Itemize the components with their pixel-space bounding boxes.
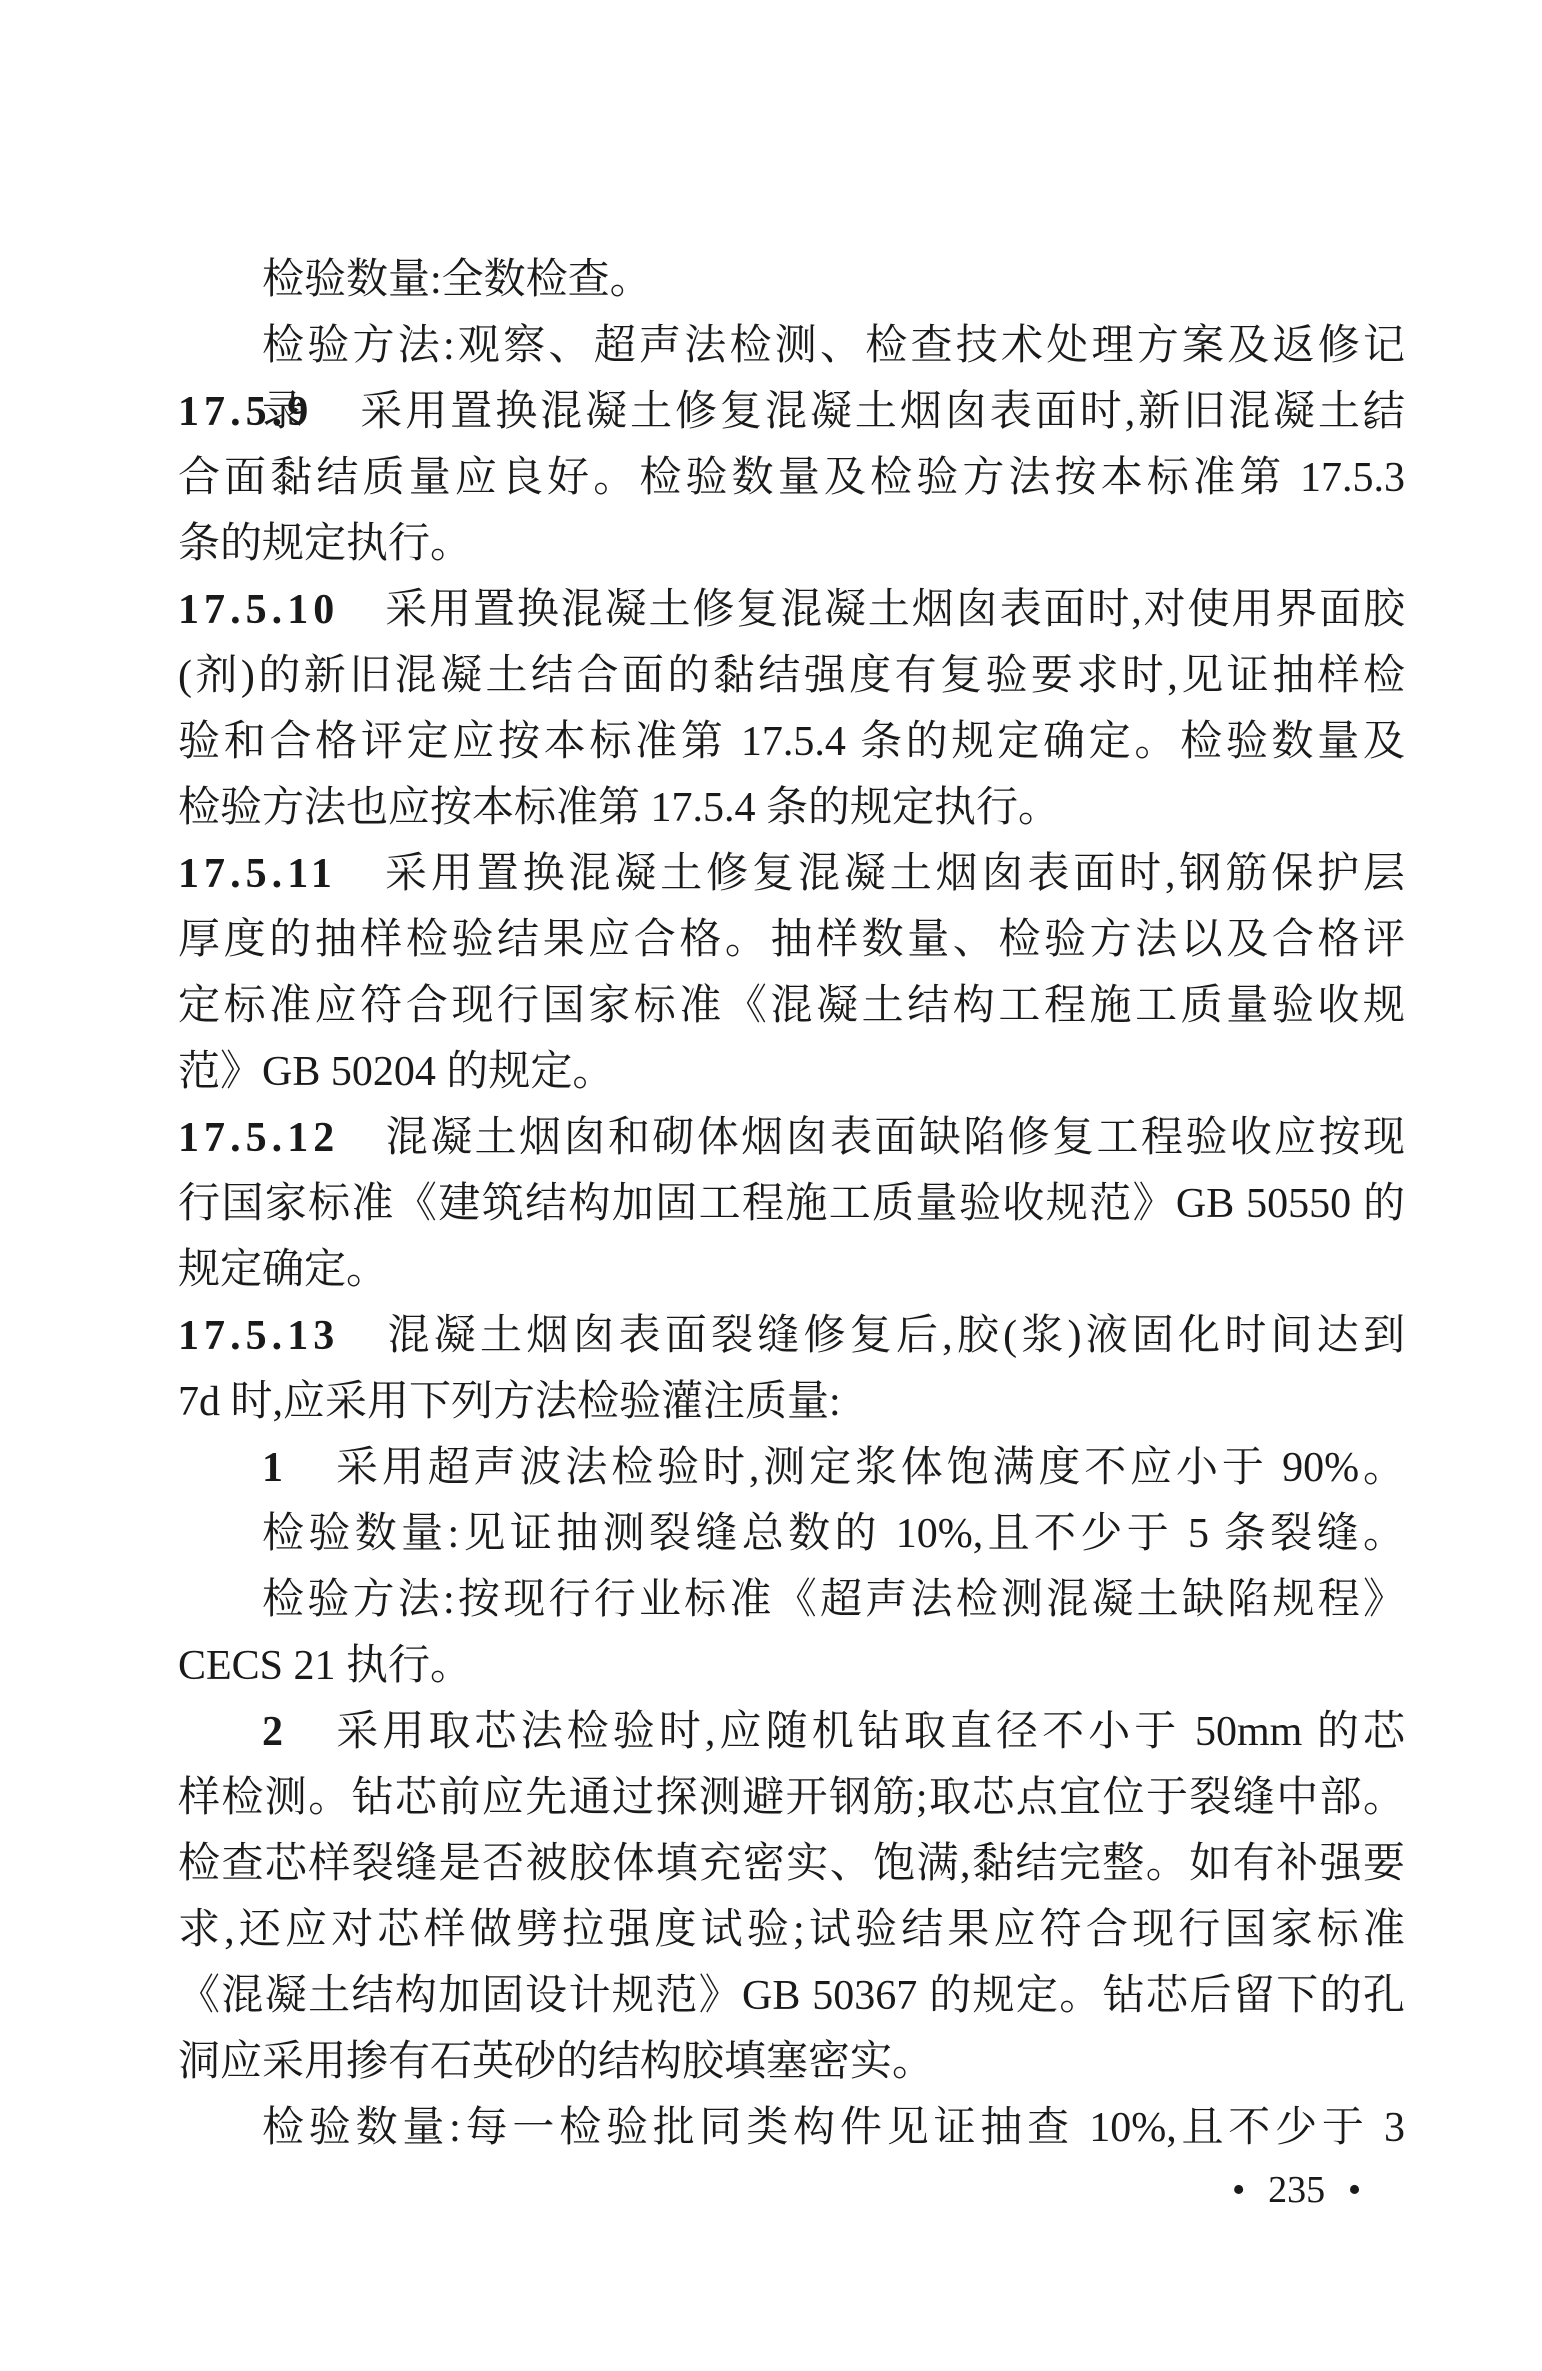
line-text: 规定确定。	[178, 1247, 388, 1293]
text-line: 规定确定。	[178, 1237, 1405, 1303]
text-line: 检验方法:观察、超声法检测、检查技术处理方案及返修记录。	[178, 313, 1405, 379]
line-text: 条的规定执行。	[178, 521, 472, 567]
text-line: 17.5.9采用置换混凝土修复混凝土烟囱表面时,新旧混凝土结	[178, 379, 1405, 445]
text-line: 17.5.10采用置换混凝土修复混凝土烟囱表面时,对使用界面胶	[178, 577, 1405, 643]
line-text: 《混凝土结构加固设计规范》GB 50367 的规定。钻芯后留下的孔	[178, 1973, 1405, 2019]
line-text: 检验数量:全数检查。	[262, 257, 652, 303]
text-line: 定标准应符合现行国家标准《混凝土结构工程施工质量验收规	[178, 973, 1405, 1039]
line-text: 范》GB 50204 的规定。	[178, 1049, 614, 1095]
clause-number: 17.5.10	[178, 587, 339, 633]
text-line: 《混凝土结构加固设计规范》GB 50367 的规定。钻芯后留下的孔	[178, 1963, 1405, 2029]
text-line: 合面黏结质量应良好。检验数量及检验方法按本标准第 17.5.3	[178, 445, 1405, 511]
line-text: 合面黏结质量应良好。检验数量及检验方法按本标准第 17.5.3	[178, 455, 1405, 501]
line-text: 检验数量:每一检验批同类构件见证抽查 10%,且不少于 3	[262, 2105, 1405, 2151]
document-page: 检验数量:全数检查。检验方法:观察、超声法检测、检查技术处理方案及返修记录。17…	[0, 0, 1542, 2371]
line-text: 采用超声波法检验时,测定浆体饱满度不应小于 90%。	[332, 1445, 1405, 1491]
text-line: 样检测。钻芯前应先通过探测避开钢筋;取芯点宜位于裂缝中部。	[178, 1765, 1405, 1831]
text-line: 条的规定执行。	[178, 511, 1405, 577]
text-line: 1采用超声波法检验时,测定浆体饱满度不应小于 90%。	[178, 1435, 1405, 1501]
line-text: 采用置换混凝土修复混凝土烟囱表面时,钢筋保护层	[381, 851, 1405, 897]
page-body: 检验数量:全数检查。检验方法:观察、超声法检测、检查技术处理方案及返修记录。17…	[178, 247, 1405, 2161]
line-text: 混凝土烟囱表面裂缝修复后,胶(浆)液固化时间达到	[383, 1313, 1405, 1359]
text-line: 检验数量:每一检验批同类构件见证抽查 10%,且不少于 3	[178, 2095, 1405, 2161]
text-line: (剂)的新旧混凝土结合面的黏结强度有复验要求时,见证抽样检	[178, 643, 1405, 709]
clause-number: 17.5.9	[178, 389, 313, 435]
line-text: 检验方法也应按本标准第 17.5.4 条的规定执行。	[178, 785, 1060, 831]
text-line: 检验数量:见证抽测裂缝总数的 10%,且不少于 5 条裂缝。	[178, 1501, 1405, 1567]
line-text: 采用取芯法检验时,应随机钻取直径不小于 50mm 的芯	[332, 1709, 1405, 1755]
text-line: 检验方法:按现行行业标准《超声法检测混凝土缺陷规程》	[178, 1567, 1405, 1633]
line-text: 定标准应符合现行国家标准《混凝土结构工程施工质量验收规	[178, 983, 1405, 1029]
line-text: CECS 21 执行。	[178, 1643, 472, 1689]
text-line: CECS 21 执行。	[178, 1633, 1405, 1699]
text-line: 17.5.11采用置换混凝土修复混凝土烟囱表面时,钢筋保护层	[178, 841, 1405, 907]
text-line: 行国家标准《建筑结构加固工程施工质量验收规范》GB 50550 的	[178, 1171, 1405, 1237]
line-text: 7d 时,应采用下列方法检验灌注质量:	[178, 1379, 841, 1425]
line-text: 求,还应对芯样做劈拉强度试验;试验结果应符合现行国家标准	[178, 1907, 1405, 1953]
text-line: 检查芯样裂缝是否被胶体填充密实、饱满,黏结完整。如有补强要	[178, 1831, 1405, 1897]
line-text: 检查芯样裂缝是否被胶体填充密实、饱满,黏结完整。如有补强要	[178, 1841, 1405, 1887]
text-line: 范》GB 50204 的规定。	[178, 1039, 1405, 1105]
text-line: 厚度的抽样检验结果应合格。抽样数量、检验方法以及合格评	[178, 907, 1405, 973]
text-line: 检验数量:全数检查。	[178, 247, 1405, 313]
line-text: (剂)的新旧混凝土结合面的黏结强度有复验要求时,见证抽样检	[178, 653, 1405, 699]
clause-number: 17.5.12	[178, 1115, 339, 1161]
text-line: 7d 时,应采用下列方法检验灌注质量:	[178, 1369, 1405, 1435]
text-line: 验和合格评定应按本标准第 17.5.4 条的规定确定。检验数量及	[178, 709, 1405, 775]
text-line: 求,还应对芯样做劈拉强度试验;试验结果应符合现行国家标准	[178, 1897, 1405, 1963]
line-text: 验和合格评定应按本标准第 17.5.4 条的规定确定。检验数量及	[178, 719, 1405, 765]
line-text: 混凝土烟囱和砌体烟囱表面缺陷修复工程验收应按现	[383, 1115, 1405, 1161]
clause-number: 2	[262, 1709, 288, 1755]
clause-number: 1	[262, 1445, 288, 1491]
line-text: 采用置换混凝土修复混凝土烟囱表面时,对使用界面胶	[383, 587, 1405, 633]
text-line: 洞应采用掺有石英砂的结构胶填塞密实。	[178, 2029, 1405, 2095]
clause-number: 17.5.13	[178, 1313, 339, 1359]
text-line: 17.5.13混凝土烟囱表面裂缝修复后,胶(浆)液固化时间达到	[178, 1303, 1405, 1369]
line-text: 行国家标准《建筑结构加固工程施工质量验收规范》GB 50550 的	[178, 1181, 1405, 1227]
line-text: 厚度的抽样检验结果应合格。抽样数量、检验方法以及合格评	[178, 917, 1405, 963]
text-line: 检验方法也应按本标准第 17.5.4 条的规定执行。	[178, 775, 1405, 841]
line-text: 洞应采用掺有石英砂的结构胶填塞密实。	[178, 2039, 934, 2085]
text-line: 17.5.12混凝土烟囱和砌体烟囱表面缺陷修复工程验收应按现	[178, 1105, 1405, 1171]
line-text: 检验数量:见证抽测裂缝总数的 10%,且不少于 5 条裂缝。	[262, 1511, 1405, 1557]
line-text: 检验方法:按现行行业标准《超声法检测混凝土缺陷规程》	[262, 1577, 1405, 1623]
line-text: 样检测。钻芯前应先通过探测避开钢筋;取芯点宜位于裂缝中部。	[178, 1775, 1405, 1821]
clause-number: 17.5.11	[178, 851, 337, 897]
line-text: 采用置换混凝土修复混凝土烟囱表面时,新旧混凝土结	[357, 389, 1405, 435]
text-line: 2采用取芯法检验时,应随机钻取直径不小于 50mm 的芯	[178, 1699, 1405, 1765]
page-number: • 235 •	[1232, 2157, 1361, 2223]
